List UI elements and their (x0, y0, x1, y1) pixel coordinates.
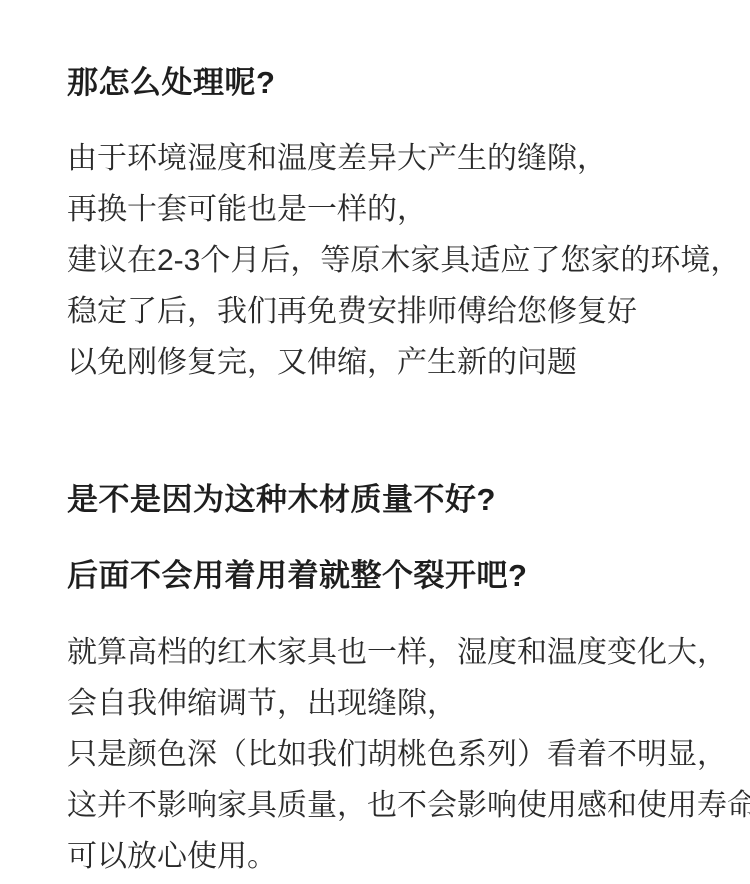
body-line: 以免刚修复完，又伸缩，产生新的问题 (67, 337, 710, 388)
question-heading-how-to-handle: 那怎么处理呢? (67, 58, 710, 108)
answer-paragraph: 就算高档的红木家具也一样，湿度和温度变化大， 会自我伸缩调节，出现缝隙， 只是颜… (67, 627, 710, 882)
body-line: 由于环境湿度和温度差异大产生的缝隙， (67, 133, 710, 184)
body-line: 再换十套可能也是一样的， (67, 184, 710, 235)
body-line: 稳定了后，我们再免费安排师傅给您修复好 (67, 286, 710, 337)
question-heading-wood-quality-line-2: 后面不会用着用着就整个裂开吧? (67, 551, 710, 601)
body-line: 建议在2-3个月后，等原木家具适应了您家的环境， (67, 235, 710, 286)
section-wood-quality: 是不是因为这种木材质量不好? 后面不会用着用着就整个裂开吧? 就算高档的红木家具… (67, 475, 710, 881)
section-how-to-handle: 那怎么处理呢? 由于环境湿度和温度差异大产生的缝隙， 再换十套可能也是一样的， … (67, 58, 710, 389)
faq-page: 那怎么处理呢? 由于环境湿度和温度差异大产生的缝隙， 再换十套可能也是一样的， … (0, 0, 750, 884)
body-line: 就算高档的红木家具也一样，湿度和温度变化大， (67, 627, 710, 678)
body-line: 会自我伸缩调节，出现缝隙， (67, 678, 710, 729)
question-heading-wood-quality-line-1: 是不是因为这种木材质量不好? (67, 475, 710, 525)
answer-paragraph: 由于环境湿度和温度差异大产生的缝隙， 再换十套可能也是一样的， 建议在2-3个月… (67, 133, 710, 388)
body-line: 这并不影响家具质量，也不会影响使用感和使用寿命 (67, 780, 710, 831)
body-line: 只是颜色深（比如我们胡桃色系列）看着不明显， (67, 729, 710, 780)
body-line: 可以放心使用。 (67, 831, 710, 882)
